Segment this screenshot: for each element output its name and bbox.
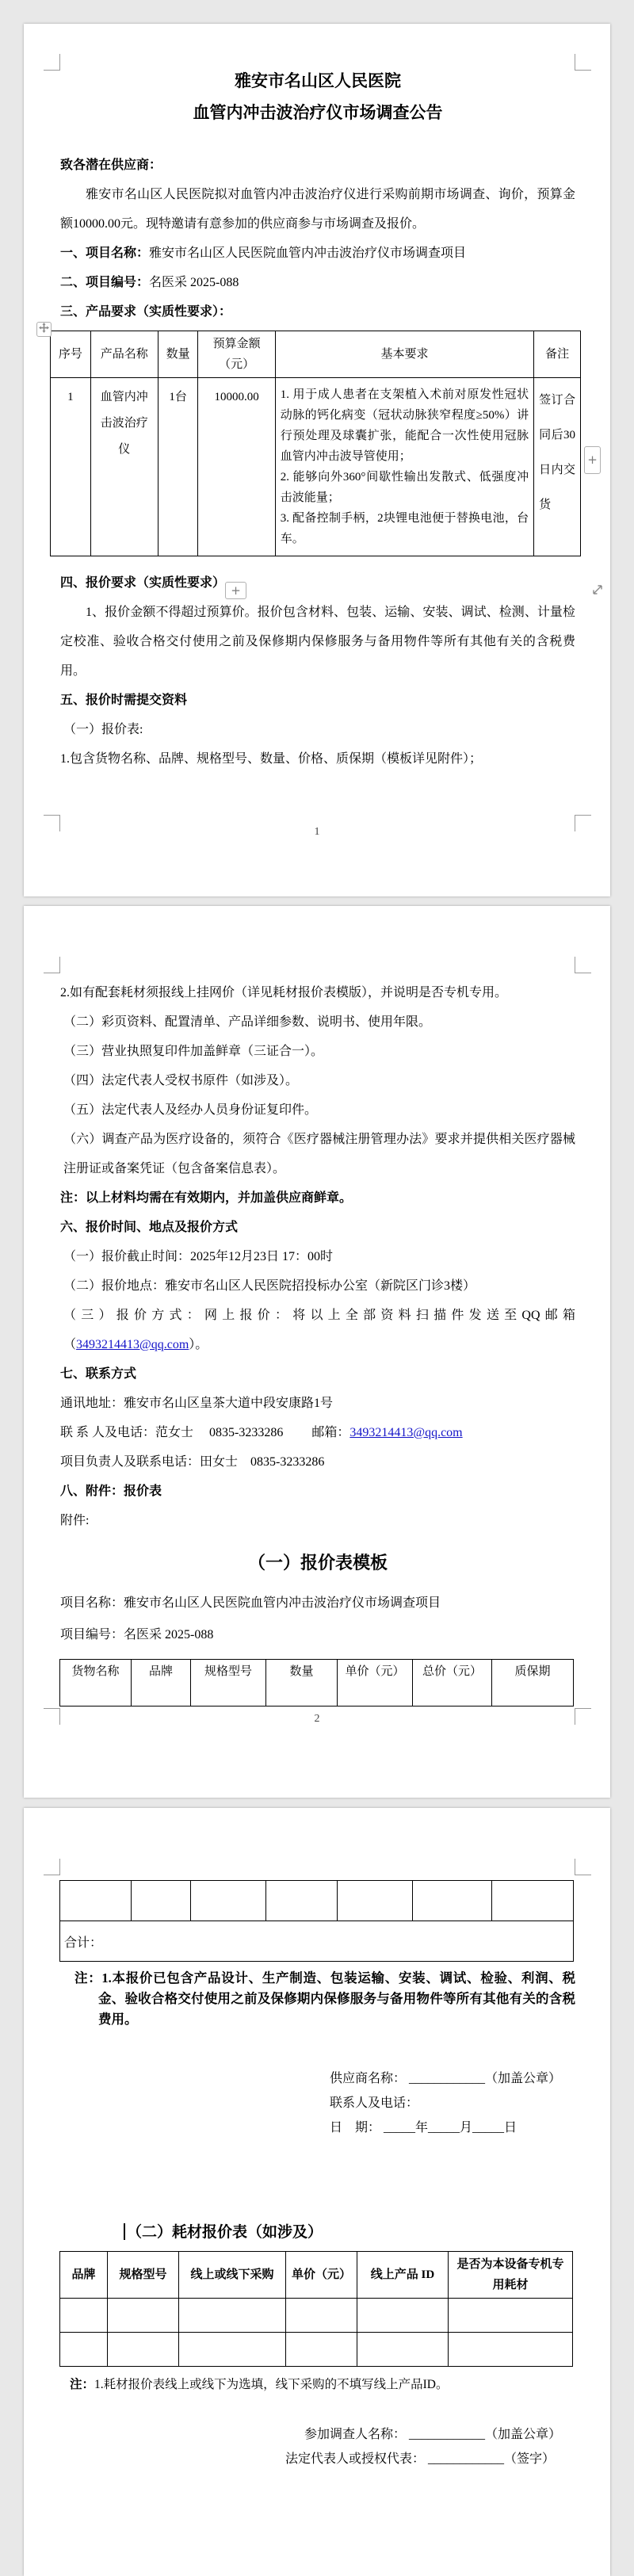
item5-sub1: （一）报价表: [60,715,575,744]
document-page-3: 合计： 注：1.本报价已包含产品设计、生产制造、包装运输、安装、调试、检验、利润… [24,1808,610,2576]
representative-line: 法定代表人或授权代表： ____________（签字） [285,2447,575,2471]
col-quantity: 数量 [266,1660,338,1707]
note-text: 1.耗材报价表线上或线下为选填，线下采购的不填写线上产品ID。 [94,2378,448,2391]
requirement-1: 1. 用于成人患者在支架植入术前对原发性冠状动脉的钙化病变（冠状动脉狭窄程度≥5… [281,384,529,467]
quote-template-heading: （一）报价表模板 [60,1545,575,1581]
cell-seq: 1 [51,378,91,556]
consumables-table: 品牌 规格型号 线上或线下采购 单价（元） 线上产品 ID 是否为本设备专机专用… [59,2251,573,2367]
quote-project-number: 项目编号：名医采 2025-088 [60,1619,575,1651]
quote-table-header-row: 货物名称 品牌 规格型号 数量 单价（元） 总价（元） 质保期 [60,1660,574,1707]
cell-qty: 1台 [158,378,198,556]
requirement-3: 3. 配备控制手柄，2块锂电池便于替换电池，台车。 [281,508,529,549]
cell-product-name: 血管内冲击波治疗仪 [90,378,158,556]
page-number-2: 2 [24,1713,610,1726]
qq-email-link[interactable]: 3493214413@qq.com [76,1338,189,1351]
empty-cell [286,2299,357,2333]
quote-note: 注：1.本报价已包含产品设计、生产制造、包装运输、安装、调试、检验、利润、税金、… [74,1968,575,2030]
diagonal-resize-icon [591,583,604,596]
empty-cell [60,2299,108,2333]
table-resize-handle-icon[interactable] [591,583,604,596]
margin-mark-icon [44,1859,60,1875]
col-brand: 品牌 [60,2252,108,2299]
document-viewport: { "colors": { "page_bg": "#e8e8e8", "pap… [0,0,634,2576]
item6-sub3-method: （三）报价方式：网上报价：将以上全部资料扫描件发送至QQ邮箱（349321441… [60,1301,575,1359]
empty-cell [338,1881,413,1921]
plus-icon: + [587,453,598,467]
plus-icon: + [231,583,241,598]
table-move-handle-icon[interactable] [36,322,52,337]
item5-sub4: （四）法定代表人受权书原件（如涉及）。 [60,1066,575,1095]
quote-table-total-row: 合计： [60,1921,574,1962]
col-header-budget: 预算金额（元） [198,331,275,378]
contact-email-link[interactable]: 3493214413@qq.com [349,1426,462,1439]
quote-table-header: 货物名称 品牌 规格型号 数量 单价（元） 总价（元） 质保期 [59,1659,574,1707]
col-online-offline: 线上或线下采购 [179,2252,286,2299]
consumables-heading: （二）耗材报价表（如涉及） [124,2222,575,2243]
empty-cell [449,2333,573,2367]
materials-note: 注：以上材料均需在有效期内，并加盖供应商鲜章。 [60,1183,575,1213]
contact-text: 联 系 人及电话：范女士 0835-3233286 邮箱： [60,1426,349,1439]
document-title-block: 雅安市名山区人民医院 血管内冲击波治疗仪市场调查公告 [60,24,575,128]
document-title-line1: 雅安市名山区人民医院 [60,65,575,97]
item5-sub2: （二）彩页资料、配置清单、产品详细参数、说明书、使用年限。 [60,1007,575,1037]
item4-paragraph: 1、报价金额不得超过预算价。报价包含材料、包装、运输、安装、调试、检测、计量检定… [60,598,575,686]
item2-label: 二、项目编号： [60,276,149,289]
item1-project-name: 一、项目名称：雅安市名山区人民医院血管内冲击波治疗仪市场调查项目 [60,239,575,268]
empty-cell [492,1881,574,1921]
item6-sub1-deadline: （一）报价截止时间：2025年12月23日 17：00时 [60,1242,575,1271]
quote-table-body: 合计： [59,1880,574,1962]
quote-table-empty-row [60,1881,574,1921]
attachment-label: 附件: [60,1506,575,1535]
col-total-price: 总价（元） [413,1660,492,1707]
item7-heading: 七、联系方式 [60,1359,575,1389]
product-table-header-row: 序号 产品名称 数量 预算金额（元） 基本要求 备注 [51,331,581,378]
item5-sub5: （五）法定代表人及经办人员身份证复印件。 [60,1095,575,1125]
empty-cell [108,2333,179,2367]
insert-row-button[interactable]: + [225,582,246,599]
col-unit-price: 单价（元） [338,1660,413,1707]
item8-heading: 八、附件：报价表 [60,1477,575,1506]
empty-cell [449,2299,573,2333]
total-label-cell: 合计： [60,1921,574,1962]
text-cursor [124,2223,125,2240]
col-header-remark: 备注 [534,331,581,378]
project-leader-line: 项目负责人及联系电话：田女士 0835-3233286 [60,1447,575,1477]
empty-cell [286,2333,357,2367]
supplier-contact-line: 联系人及电话： [330,2091,575,2115]
empty-cell [357,2333,449,2367]
col-online-product-id: 线上产品 ID [357,2252,449,2299]
col-header-product: 产品名称 [90,331,158,378]
item2-text: 名医采 2025-088 [149,276,239,289]
empty-cell [132,1881,191,1921]
consumables-header-row: 品牌 规格型号 线上或线下采购 单价（元） 线上产品 ID 是否为本设备专机专用… [60,2252,573,2299]
contact-line: 联 系 人及电话：范女士 0835-3233286 邮箱：3493214413@… [60,1418,575,1447]
intro-paragraph: 雅安市名山区人民医院拟对血管内冲击波治疗仪进行采购前期市场调查、询价，预算金额1… [60,180,575,239]
item6-sub2-location: （二）报价地点：雅安市名山区人民医院招投标办公室（新院区门诊3楼） [60,1271,575,1301]
empty-cell [60,1881,132,1921]
cell-remark: 签订合同后30日内交货 [534,378,581,556]
empty-cell [179,2333,286,2367]
col-unit-price: 单价（元） [286,2252,357,2299]
col-warranty: 质保期 [492,1660,574,1707]
item5-sub1-point2: 2.如有配套耗材须报线上挂网价（详见耗材报价表模版），并说明是否专机专用。 [60,978,575,1007]
document-page-2: 2.如有配套耗材须报线上挂网价（详见耗材报价表模版），并说明是否专机专用。 （二… [24,906,610,1798]
insert-column-button[interactable]: + [584,446,601,474]
salutation: 致各潜在供应商： [60,151,575,180]
document-title-line2: 血管内冲击波治疗仪市场调查公告 [60,97,575,128]
move-arrows-icon [39,323,49,333]
item5-heading: 五、报价时需提交资料 [60,686,575,715]
item1-text: 雅安市名山区人民医院血管内冲击波治疗仪市场调查项目 [149,247,466,260]
col-header-qty: 数量 [158,331,198,378]
supplier-name-line: 供应商名称： ____________（加盖公章） [330,2066,575,2091]
item5-sub6: （六）调查产品为医疗设备的，须符合《医疗器械注册管理办法》要求并提供相关医疗器械… [60,1125,575,1183]
col-model: 规格型号 [191,1660,266,1707]
consumables-heading-text: （二）耗材报价表（如涉及） [127,2224,323,2241]
item4-heading: 四、报价要求（实质性要求） [60,568,575,598]
item3-heading: 三、产品要求（实质性要求）： [60,297,575,327]
empty-cell [108,2299,179,2333]
col-brand: 品牌 [132,1660,191,1707]
col-header-seq: 序号 [51,331,91,378]
address-line: 通讯地址：雅安市名山区皇茶大道中段安康路1号 [60,1389,575,1418]
document-page-1: 雅安市名山区人民医院 血管内冲击波治疗仪市场调查公告 致各潜在供应商： 雅安市名… [24,24,610,896]
col-dedicated: 是否为本设备专机专用耗材 [449,2252,573,2299]
quote-method-suffix: ）。 [189,1338,208,1351]
col-header-requirements: 基本要求 [275,331,533,378]
participant-line: 参加调查人名称： ____________（加盖公章） [304,2422,575,2447]
page-number-1: 1 [24,826,610,839]
consumables-empty-row [60,2299,573,2333]
item5-sub3: （三）营业执照复印件加盖鲜章（三证合一）。 [60,1037,575,1066]
empty-cell [179,2299,286,2333]
product-table-row: 1 血管内冲击波治疗仪 1台 10000.00 1. 用于成人患者在支架植入术前… [51,378,581,556]
empty-cell [266,1881,338,1921]
consumables-empty-row [60,2333,573,2367]
col-goods-name: 货物名称 [60,1660,132,1707]
item6-heading: 六、报价时间、地点及报价方式 [60,1213,575,1242]
item5-sub1-point1: 1.包含货物名称、品牌、规格型号、数量、价格、质保期（模板详见附件）； [60,744,575,774]
cell-requirements: 1. 用于成人患者在支架植入术前对原发性冠状动脉的钙化病变（冠状动脉狭窄程度≥5… [275,378,533,556]
empty-cell [60,2333,108,2367]
supplier-date-line: 日 期： _____年_____月_____日 [330,2115,575,2140]
empty-cell [413,1881,492,1921]
cell-budget: 10000.00 [198,378,275,556]
item1-label: 一、项目名称： [60,247,149,260]
margin-mark-icon [44,957,60,973]
product-requirements-table: 序号 产品名称 数量 预算金额（元） 基本要求 备注 1 血管内冲击波治疗仪 1… [50,331,581,556]
margin-mark-icon [575,957,591,973]
item2-project-number: 二、项目编号：名医采 2025-088 [60,268,575,297]
requirement-2: 2. 能够向外360°间歇性输出发散式、低强度冲击波能量； [281,467,529,508]
margin-mark-icon [575,1859,591,1875]
note-label: 注： [70,2378,94,2391]
empty-cell [357,2299,449,2333]
empty-cell [191,1881,266,1921]
col-model: 规格型号 [108,2252,179,2299]
consumables-note: 注：1.耗材报价表线上或线下为选填，线下采购的不填写线上产品ID。 [70,2375,575,2395]
quote-project-name: 项目名称：雅安市名山区人民医院血管内冲击波治疗仪市场调查项目 [60,1588,575,1619]
